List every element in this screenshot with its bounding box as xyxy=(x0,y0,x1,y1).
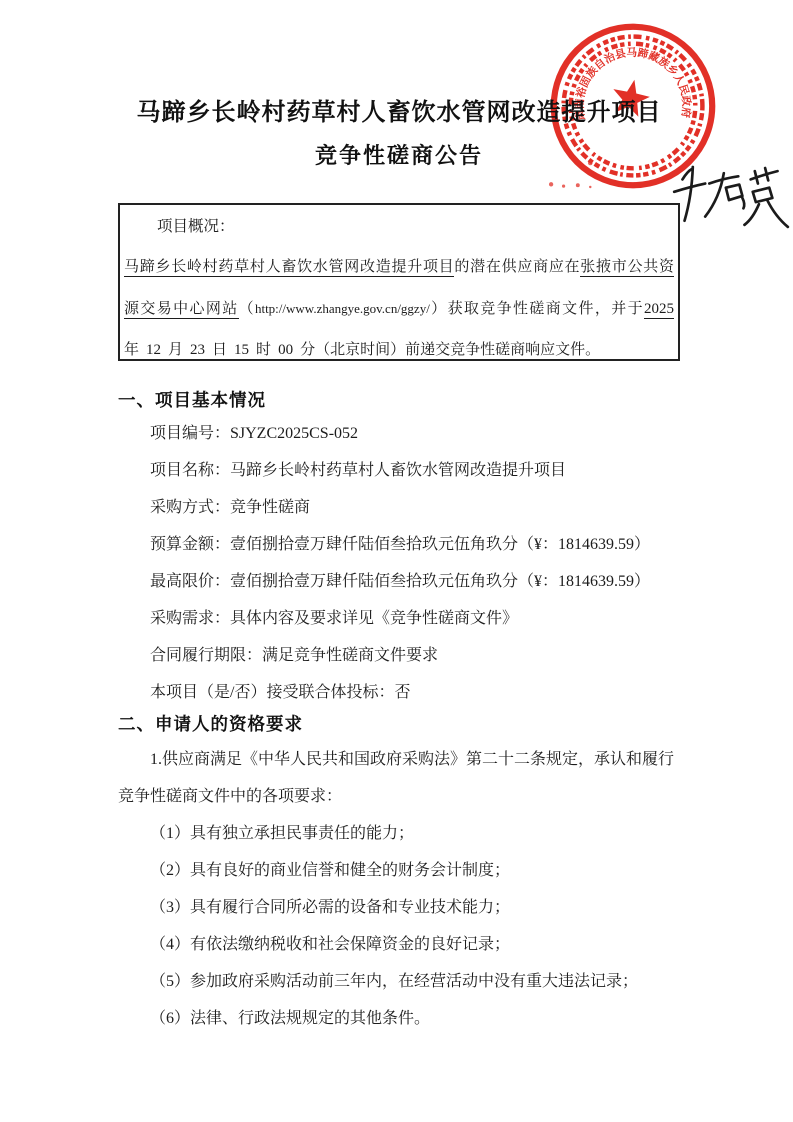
overview-paragraph-line1: 马蹄乡长岭村药草村人畜饮水管网改造提升项目的潜在供应商应在张掖市公共资 xyxy=(124,257,674,278)
document-title-line1: 马蹄乡长岭村药草村人畜饮水管网改造提升项目 xyxy=(118,99,680,127)
deadline-day-value: 23 xyxy=(183,342,212,360)
qualification-item-5: （5）参加政府采购活动前三年内，在经营活动中没有重大违法记录； xyxy=(118,963,680,1000)
qualification-intro-line2: 竞争性磋商文件中的各项要求： xyxy=(118,778,680,815)
project-name-line: 项目名称：马蹄乡长岭村药草村人畜饮水管网改造提升项目 xyxy=(118,452,680,489)
document-page: 肃南裕固族自治县马蹄藏族乡人民政府 xyxy=(0,0,793,1122)
year-suffix-label: 年 xyxy=(124,342,139,358)
deadline-hour-value: 15 xyxy=(227,342,256,360)
qualification-item-1: （1）具有独立承担民事责任的能力； xyxy=(118,815,680,852)
document-content: 马蹄乡长岭村药草村人畜饮水管网改造提升项目 竞争性磋商公告 项目概况： 马蹄乡长… xyxy=(118,0,680,1037)
overview-site-url: http://www.zhangye.gov.cn/ggzy/ xyxy=(255,301,430,316)
overview-text-segment2: 获取竞争性磋商文件，并于 xyxy=(448,301,644,317)
section2-heading: 二、申请人的资格要求 xyxy=(118,713,680,735)
qualification-item-2: （2）具有良好的商业信誉和健全的财务会计制度； xyxy=(118,852,680,889)
signature-strokes xyxy=(674,167,788,227)
qualification-item-6: （6）法律、行政法规规定的其他条件。 xyxy=(118,1000,680,1037)
overview-text-segment: 的潜在供应商应在 xyxy=(454,259,580,275)
minute-suffix-label: 分 xyxy=(300,342,315,358)
overview-paragraph-line2: 源交易中心网站（http://www.zhangye.gov.cn/ggzy/）… xyxy=(124,298,674,320)
overview-paragraph-line3: 年12月23日15时00分（北京时间）前递交竞争性磋商响应文件。 xyxy=(124,340,674,361)
overview-close-paren: ） xyxy=(430,301,448,317)
price-ceiling-line: 最高限价：壹佰捌拾壹万肆仟陆佰叁拾玖元伍角玖分（¥：1814639.59） xyxy=(118,563,680,600)
contract-period-line: 合同履行期限：满足竞争性磋商文件要求 xyxy=(118,637,680,674)
project-overview-box: 项目概况： 马蹄乡长岭村药草村人畜饮水管网改造提升项目的潜在供应商应在张掖市公共… xyxy=(118,203,680,361)
overview-site-underlined-part1: 张掖市公共资 xyxy=(580,259,674,277)
document-title-line2: 竞争性磋商公告 xyxy=(118,143,680,169)
overview-year-underlined: 2025 xyxy=(644,301,674,319)
budget-amount-line: 预算金额：壹佰捌拾壹万肆仟陆佰叁拾玖元伍角玖分（¥：1814639.59） xyxy=(118,526,680,563)
deadline-month-value: 12 xyxy=(139,342,168,360)
deadline-minute-value: 00 xyxy=(271,342,300,360)
month-suffix-label: 月 xyxy=(168,342,183,358)
project-number-line: 项目编号：SJYZC2025CS-052 xyxy=(118,415,680,452)
qualification-item-4: （4）有依法缴纳税收和社会保障资金的良好记录； xyxy=(118,926,680,963)
qualification-intro-line1: 1.供应商满足《中华人民共和国政府采购法》第二十二条规定，承认和履行 xyxy=(118,741,680,778)
section2-items: 1.供应商满足《中华人民共和国政府采购法》第二十二条规定，承认和履行 竞争性磋商… xyxy=(118,741,680,1037)
consortium-bidding-line: 本项目（是/否）接受联合体投标：否 xyxy=(118,674,680,711)
day-suffix-label: 日 xyxy=(212,342,227,358)
overview-open-paren: （ xyxy=(239,301,255,317)
procurement-requirements-line: 采购需求：具体内容及要求详见《竞争性磋商文件》 xyxy=(118,600,680,637)
overview-tail-text: （北京时间）前递交竞争性磋商响应文件。 xyxy=(315,342,600,358)
overview-heading: 项目概况： xyxy=(124,217,674,237)
overview-site-underlined-part2: 源交易中心网站 xyxy=(124,301,239,319)
procurement-method-line: 采购方式：竞争性磋商 xyxy=(118,489,680,526)
handwritten-signature xyxy=(668,156,792,240)
overview-project-name-underlined: 马蹄乡长岭村药草村人畜饮水管网改造提升项目 xyxy=(124,259,454,277)
section1-heading: 一、项目基本情况 xyxy=(118,389,680,411)
qualification-item-3: （3）具有履行合同所必需的设备和专业技术能力； xyxy=(118,889,680,926)
hour-suffix-label: 时 xyxy=(256,342,271,358)
section1-items: 项目编号：SJYZC2025CS-052 项目名称：马蹄乡长岭村药草村人畜饮水管… xyxy=(118,415,680,711)
